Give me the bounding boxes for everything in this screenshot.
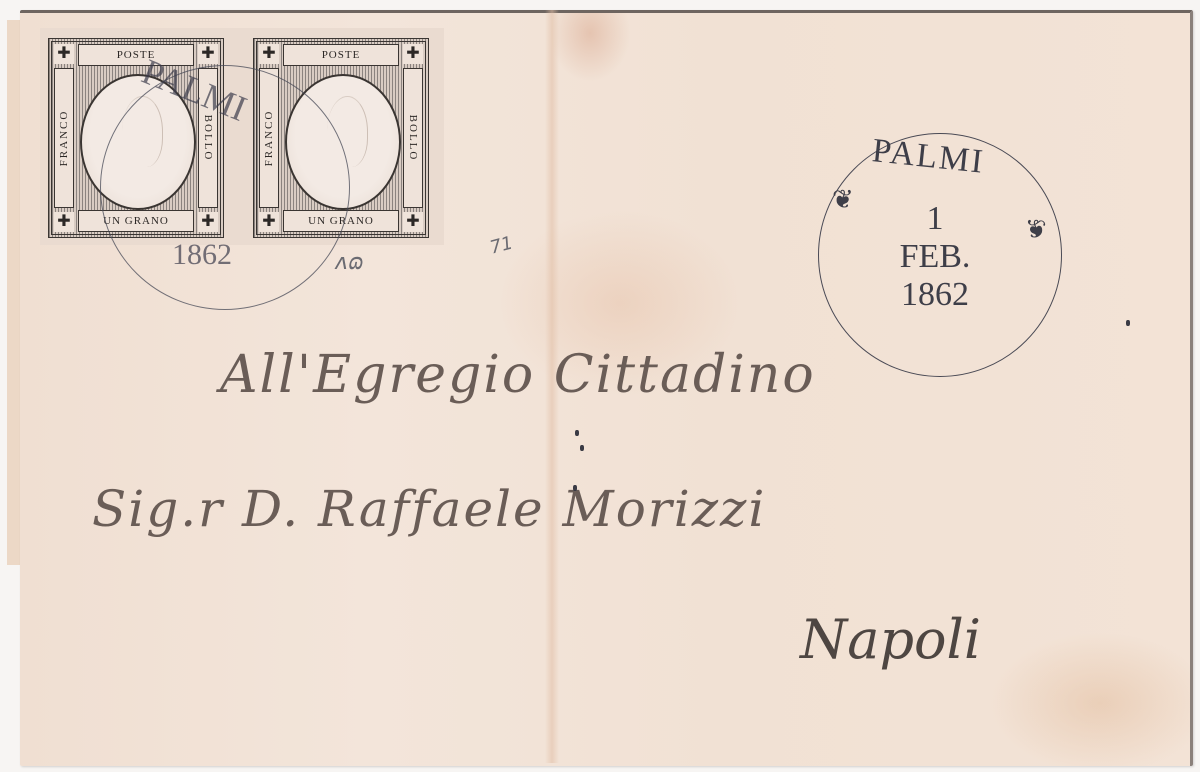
ink-spot bbox=[573, 485, 577, 491]
stamp-right-label: BOLLO bbox=[407, 115, 419, 162]
stamp-left-panel: FRANCO bbox=[54, 68, 74, 208]
fleuron-icon: ❦ bbox=[1025, 215, 1047, 245]
postmark-year: 1862 bbox=[880, 276, 990, 314]
cross-icon: ✚ bbox=[54, 212, 74, 232]
address-line-2: Sig.r D. Raffaele Morizzi bbox=[92, 480, 766, 538]
postmark-date: 1 FEB. 1862 bbox=[880, 200, 990, 314]
fleuron-icon: ❦ bbox=[832, 185, 854, 215]
address-city: Napoli bbox=[800, 608, 981, 671]
cancel-year-text: 1862 bbox=[172, 240, 232, 270]
address-line-1: All'Egregio Cittadino bbox=[220, 345, 816, 405]
cross-icon: ✚ bbox=[403, 212, 423, 232]
postmark-day: 1 bbox=[880, 200, 990, 238]
cross-icon: ✚ bbox=[403, 44, 423, 64]
cross-icon: ✚ bbox=[259, 44, 279, 64]
cross-icon: ✚ bbox=[54, 44, 74, 64]
postmark-month: FEB. bbox=[880, 238, 990, 276]
ink-spot bbox=[575, 430, 579, 436]
cross-icon: ✚ bbox=[198, 44, 218, 64]
stamp-right-panel: BOLLO bbox=[403, 68, 423, 208]
stamp-left-label: FRANCO bbox=[58, 110, 70, 167]
stamp-top-label: POSTE bbox=[283, 44, 399, 66]
ink-spot bbox=[1126, 320, 1130, 326]
pencil-mark: ᴧɷ bbox=[335, 250, 364, 275]
ink-spot bbox=[580, 445, 584, 451]
